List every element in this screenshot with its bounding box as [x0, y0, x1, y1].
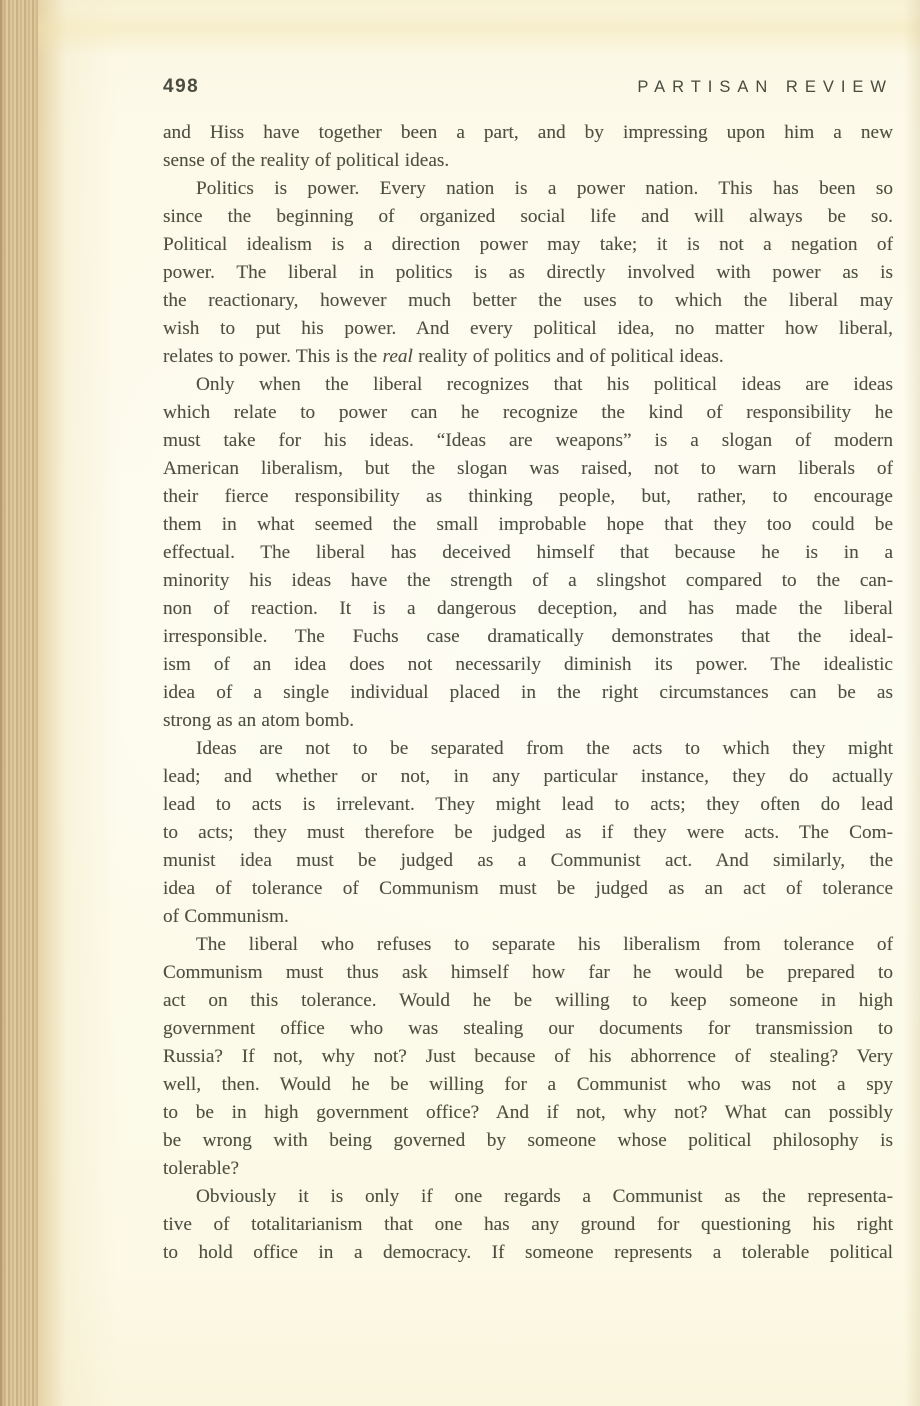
page-right-edge-shadow [904, 0, 920, 1406]
text-line: to hold office in a democracy. If someon… [163, 1239, 893, 1267]
text-line: be wrong with being governed by someone … [163, 1127, 893, 1155]
paper-discoloration-band [38, 10, 920, 56]
text-line: non of reaction. It is a dangerous decep… [163, 595, 893, 623]
text-line: since the beginning of organized social … [163, 203, 893, 231]
binding-gutter-shadow [38, 0, 118, 1406]
text-line: to be in high government office? And if … [163, 1099, 893, 1127]
book-binding-edge [0, 0, 38, 1406]
text-line: Political idealism is a direction power … [163, 231, 893, 259]
text-line: power. The liberal in politics is as dir… [163, 259, 893, 287]
text-line: Communism must thus ask himself how far … [163, 959, 893, 987]
text-line: The liberal who refuses to separate his … [163, 931, 893, 959]
text-line: to acts; they must therefore be judged a… [163, 819, 893, 847]
text-line: lead; and whether or not, in any particu… [163, 763, 893, 791]
text-line: Politics is power. Every nation is a pow… [163, 175, 893, 203]
running-head: 498 PARTISAN REVIEW [163, 76, 893, 98]
text-line: effectual. The liberal has deceived hims… [163, 539, 893, 567]
text-line: Russia? If not, why not? Just because of… [163, 1043, 893, 1071]
text-line: irresponsible. The Fuchs case dramatical… [163, 623, 893, 651]
page-number: 498 [163, 76, 199, 98]
text-line: tolerable? [163, 1155, 893, 1183]
text-line: and Hiss have together been a part, and … [163, 119, 893, 147]
text-line: tive of totalitarianism that one has any… [163, 1211, 893, 1239]
text-line: must take for his ideas. “Ideas are weap… [163, 427, 893, 455]
text-line: wish to put his power. And every politic… [163, 315, 893, 343]
text-line: sense of the reality of political ideas. [163, 147, 893, 175]
text-line: strong as an atom bomb. [163, 707, 893, 735]
text-line: Obviously it is only if one regards a Co… [163, 1183, 893, 1211]
text-line: minority his ideas have the strength of … [163, 567, 893, 595]
text-line: the reactionary, however much better the… [163, 287, 893, 315]
text-line: relates to power. This is the real reali… [163, 343, 893, 371]
text-line: Ideas are not to be separated from the a… [163, 735, 893, 763]
text-line: lead to acts is irrelevant. They might l… [163, 791, 893, 819]
text-line: idea of a single individual placed in th… [163, 679, 893, 707]
body-text-block: and Hiss have together been a part, and … [163, 119, 893, 1267]
text-line: of Communism. [163, 903, 893, 931]
text-line: which relate to power can he recognize t… [163, 399, 893, 427]
scanned-book-page: 498 PARTISAN REVIEW and Hiss have togeth… [0, 0, 920, 1406]
text-line: idea of tolerance of Communism must be j… [163, 875, 893, 903]
text-line: Only when the liberal recognizes that hi… [163, 371, 893, 399]
text-line: ism of an idea does not necessarily dimi… [163, 651, 893, 679]
journal-title: PARTISAN REVIEW [637, 78, 893, 97]
text-line: act on this tolerance. Would he be willi… [163, 987, 893, 1015]
text-line: them in what seemed the small improbable… [163, 511, 893, 539]
text-line: well, then. Would he be willing for a Co… [163, 1071, 893, 1099]
text-line: their fierce responsibility as thinking … [163, 483, 893, 511]
text-line: munist idea must be judged as a Communis… [163, 847, 893, 875]
text-line: government office who was stealing our d… [163, 1015, 893, 1043]
text-line: American liberalism, but the slogan was … [163, 455, 893, 483]
